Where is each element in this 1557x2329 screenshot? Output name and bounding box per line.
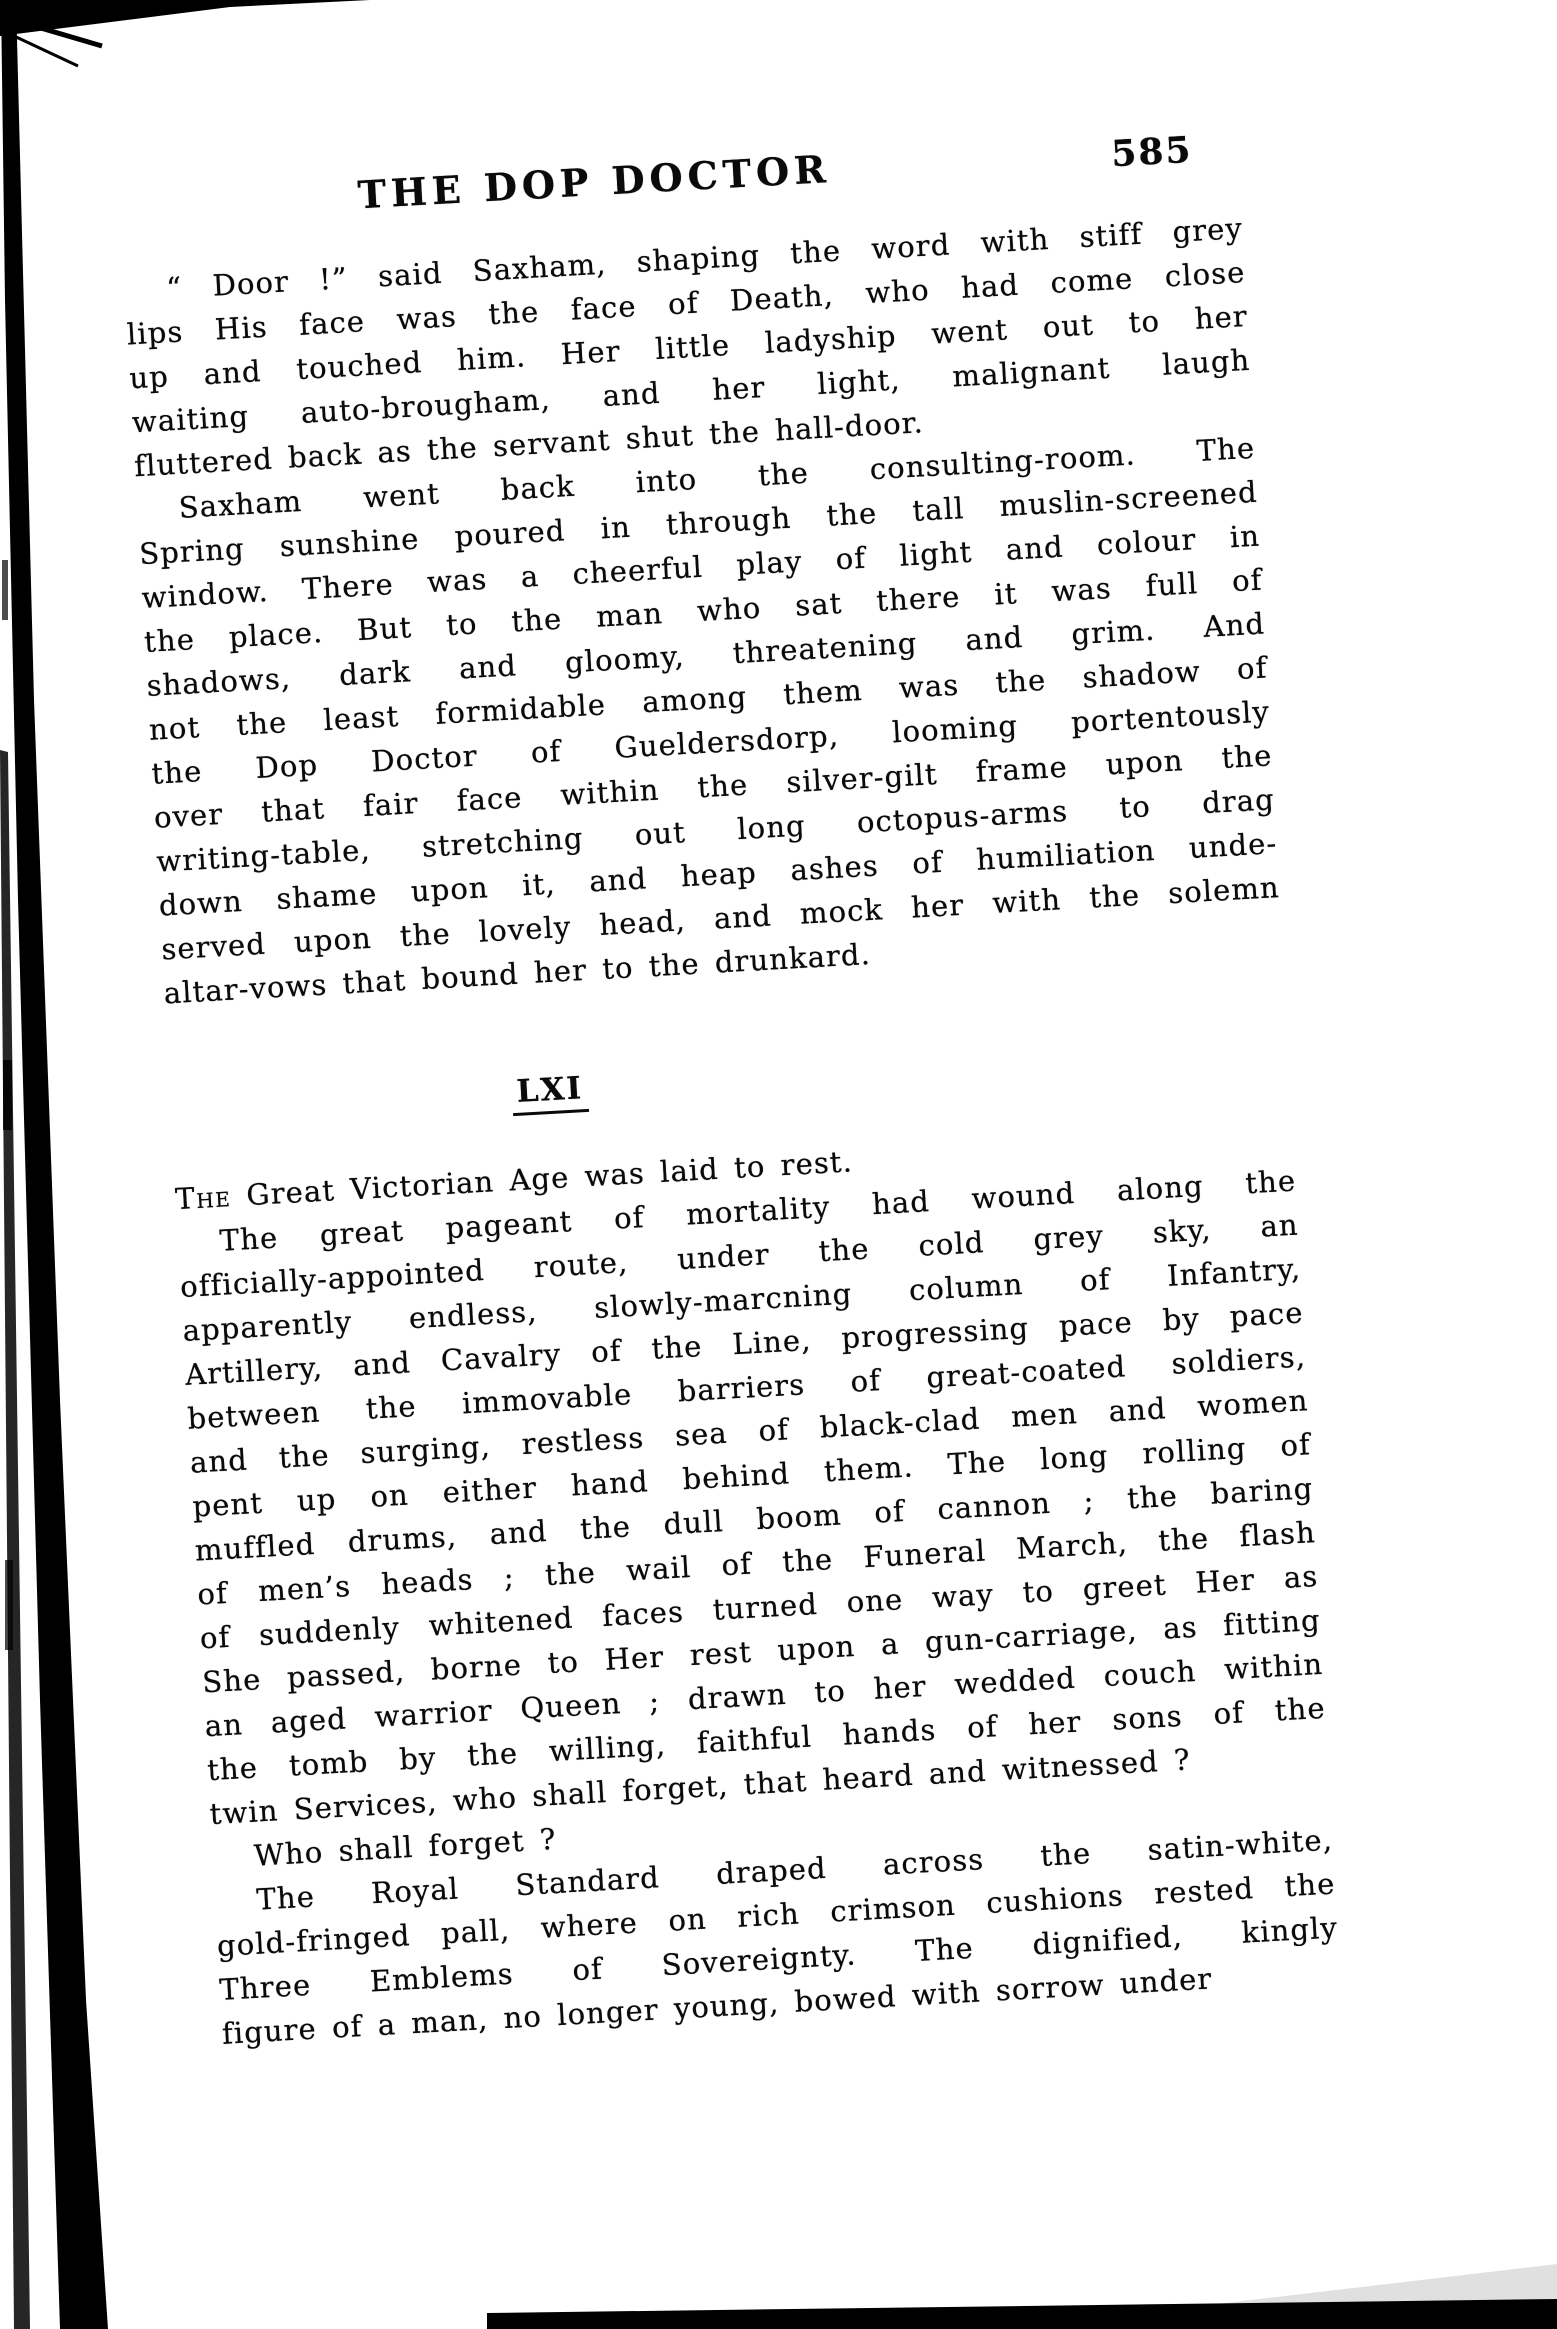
scan-artifact-scratch xyxy=(14,36,78,66)
chapter-number: LXI xyxy=(511,1070,590,1116)
gutter-streak xyxy=(0,750,30,2329)
page-edge-shadow xyxy=(1005,2264,1557,2329)
gutter-shadow xyxy=(1,0,108,2329)
gutter-speckle xyxy=(5,1560,13,1650)
smallcaps-lead: The xyxy=(174,1179,232,1216)
scan-artifact-top-edge xyxy=(0,0,370,36)
chapter-heading: LXI xyxy=(169,1051,930,1135)
gutter-speckle xyxy=(2,560,8,620)
paragraph: Saxham went back into the consulting-roo… xyxy=(136,426,1284,1016)
scanned-book-page: THE DOP DOCTOR 585 “ Door !” said Saxham… xyxy=(0,0,1557,2329)
running-title: THE DOP DOCTOR xyxy=(119,130,1070,235)
paragraph: The great pageant of mortality had wound… xyxy=(177,1159,1330,1837)
scan-artifact-scratch xyxy=(0,16,102,46)
page-bottom-bar xyxy=(487,2299,1557,2329)
page-number: 585 xyxy=(1110,129,1193,175)
page-content: THE DOP DOCTOR 585 “ Door !” said Saxham… xyxy=(119,120,1342,2056)
gutter-speckle xyxy=(3,1060,12,1130)
